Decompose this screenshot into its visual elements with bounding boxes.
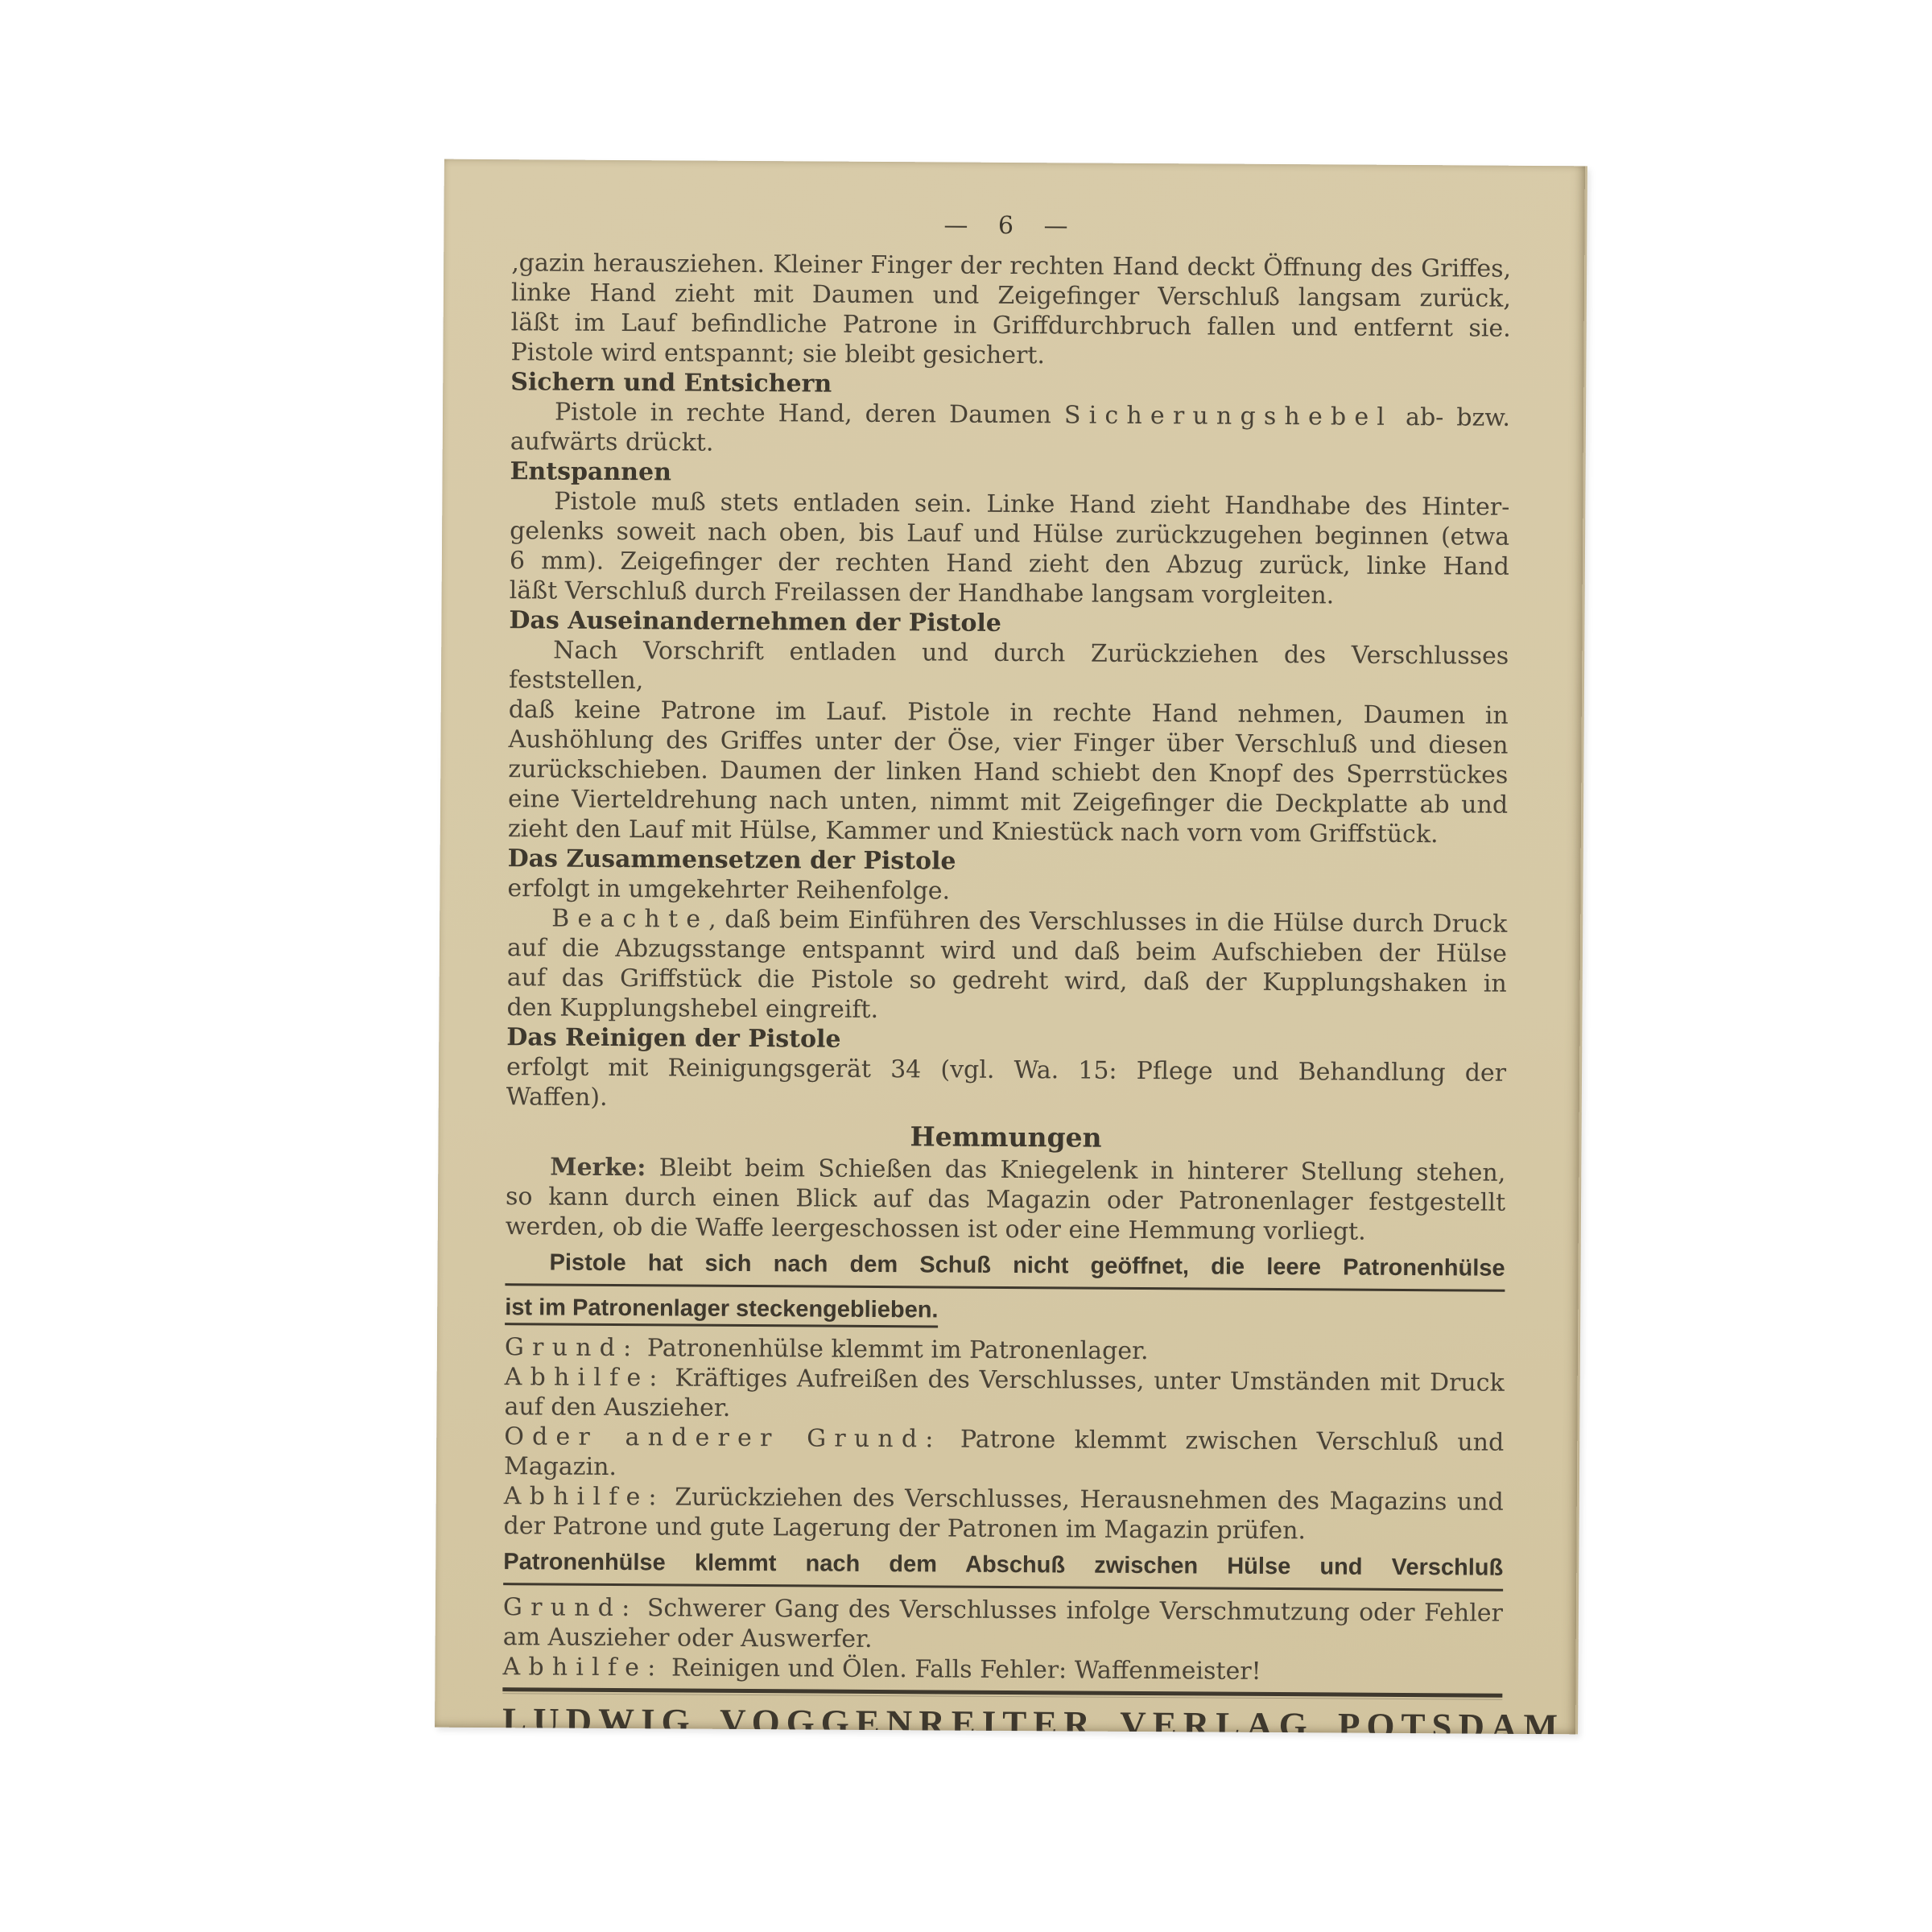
text-line: der Patrone und gute Lagerung der Patron… <box>503 1511 1503 1547</box>
fault-heading: ist im Patronenlager steckengeblieben. <box>505 1293 1505 1329</box>
footer-rule <box>502 1687 1502 1700</box>
fault-heading: Pistole hat sich nach dem Schuß nicht ge… <box>505 1248 1505 1292</box>
text-line: werden, ob die Waffe leergeschossen ist … <box>506 1212 1505 1248</box>
text-line: Nach Vorschrift entladen und durch Zurüc… <box>509 635 1509 701</box>
text-line: Waffen). <box>506 1082 1506 1118</box>
scan-background: — 6 — ‚gazin herausziehen. Kleiner Finge… <box>0 0 1932 1932</box>
chapter-heading: Hemmungen <box>506 1119 1505 1155</box>
page-number: — 6 — <box>511 208 1511 244</box>
fault-heading: Patronenhülse klemmt nach dem Abschuß zw… <box>503 1547 1503 1591</box>
publisher-imprint: LUDWIG VOGGENREITER VERLAG POTSDAM <box>502 1700 1502 1734</box>
text-line: erfolgt mit Reinigungsgerät 34 (vgl. Wa.… <box>506 1052 1506 1088</box>
text-line: Oder anderer Grund: Patrone klemmt zwisc… <box>504 1422 1504 1488</box>
document-page: — 6 — ‚gazin herausziehen. Kleiner Finge… <box>435 159 1587 1735</box>
text-line: Abhilfe: Reinigen und Ölen. Falls Fehler… <box>502 1652 1502 1688</box>
page-body: ‚gazin herausziehen. Kleiner Finger der … <box>502 248 1511 1688</box>
